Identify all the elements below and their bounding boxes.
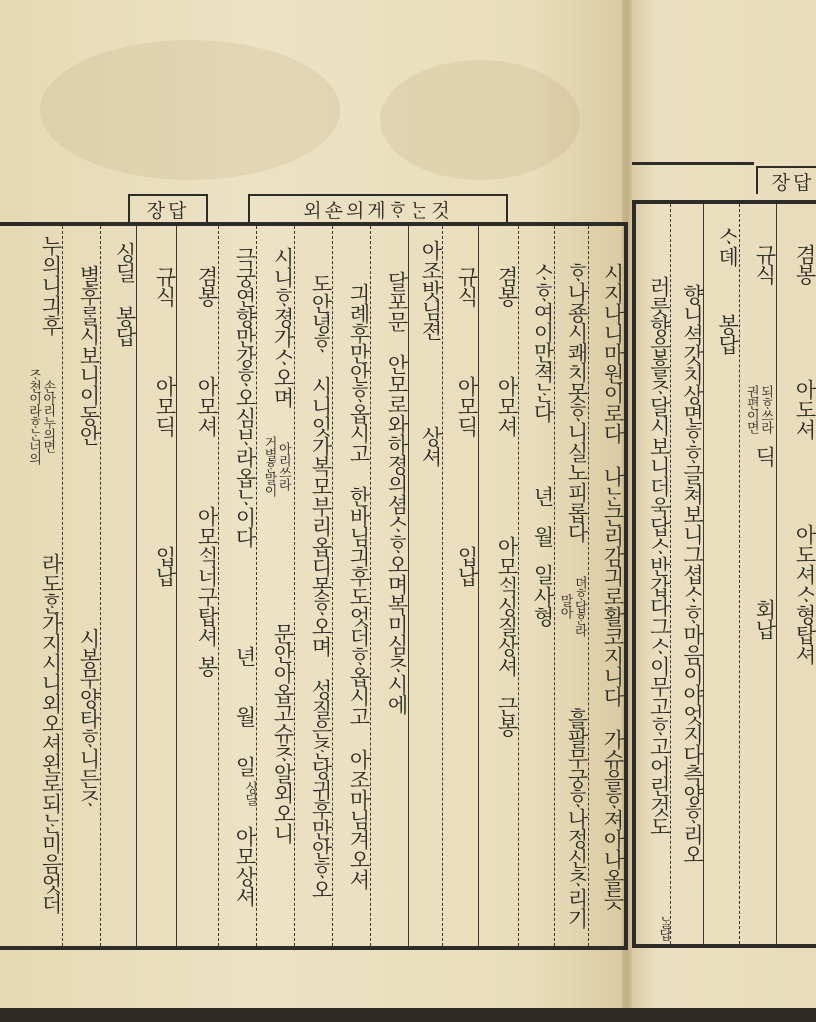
column-text: 아도셔 [777,379,816,439]
top-rule [632,162,754,165]
text-column-7: 달포문 안모로와하졍의셤ᄉᆞᄒᆞ오며복미심ᄎᆞ시에 [370,226,408,946]
column-text: 상셔 [409,426,442,466]
text-column-8: 긔례후만안ᄒᆞ옵시고 한바님긔후도엇더ᄒᆞ옵시고 아조마님겨오셔 [332,226,370,946]
column-text: 회납 [740,599,776,639]
column-text: 향니셕갓치상면ᄒᆞᄒᆞ글쳐보니그셥ᄉᆞᄒᆞ마음이야엇지다측양ᄒᆞ리오 [671,208,703,940]
left-text-frame: 시지나니마원이로다 나ᄂᆞᆫ근리감긔로활코지니다 가슈을ᄒᆞ져아나올듯 ᄒᆞ나죵… [0,222,628,950]
right-column-3: ᄉᆞ뎨 봉답 [704,204,739,944]
section-title-label: 외숀의게ᄒᆞᄂᆞᆫ것 [248,194,508,222]
date-year: 년 [219,646,256,666]
column-text: 규식 [740,244,776,284]
text-column-6: 아조밧님젼 상셔 [408,226,442,946]
column-text: 흘팔무궁ᄒᆞ나정신ᄎᆞ리기 [555,696,588,940]
text-column-15: 별후ᄅᆞᆯ시보니이동안 시봉무양타ᄒᆞ니든ᄌᆞ [62,226,100,946]
column-text: 러릇향읍흘ᄎᆞ달시보니더욱답ᄉᆞ반갑다그ᄉᆞ이무고ᄒᆞ고어린것도 [636,208,670,904]
text-column-9: 도안녕ᄒᆞ 시니잇가복모부리옵디못ᄒᆞ오며 성질은ᄌᆞᆫ당귀후만안ᄒᆞ오 [294,226,332,946]
column-text: 시봉무양타ᄒᆞ니든ᄌᆞ [63,496,100,940]
column-text: 봉 [177,656,218,676]
sender: 아모상셔 [219,826,256,906]
annotation-text: ᄌᆞ쳔이라ᄒᆞᄂᆞᆫ너의 [26,368,40,464]
column-text: 시지나니마원이로다 나ᄂᆞᆫ근리감긔로활코지니다 가슈을ᄒᆞ져아나올듯 [589,232,624,940]
text-column-13: 규식 아모딕 입납 [136,226,176,946]
text-column-16: 누의니긔후 ᄌᆞ쳔이라ᄒᆞᄂᆞᆫ너의 손아리누의면 라도ᄒᆞᆫ가지시니외오셔왼로… [18,226,62,946]
text-column-11: 극궁연향만강ᄒᆞ오심ᄇᆞ라옵ᄂᆞ이다 년 월 일 싱딜 아모상셔 [218,226,256,946]
column-text: 아모셔 [177,376,218,436]
date-day: 일 [519,564,554,584]
column-text: 봉답 [704,314,738,354]
right-text-frame: 러릇향읍흘ᄎᆞ달시보니더욱답ᄉᆞ반갑다그ᄉᆞ이무고ᄒᆞ고어린것도 ᄂᆞᆯ답 향니… [632,200,816,948]
text-column-4: 겸봉 아모셔 아모ᄉᆡᆨ싱질상셔 근봉 [478,226,518,946]
column-text: 극궁연향만강ᄒᆞ오심ᄇᆞ라옵ᄂᆞ이다 [219,232,256,562]
section-tag-label: 장답 [128,194,208,222]
column-text: 아도셔ᄉᆞ형탑셔 [777,524,816,664]
right-columns: 러릇향읍흘ᄎᆞ달시보니더욱답ᄉᆞ반갑다그ᄉᆞ이무고ᄒᆞ고어린것도 ᄂᆞᆯ답 향니… [636,204,816,944]
right-column-2: 향니셕갓치상면ᄒᆞᄒᆞ글쳐보니그셥ᄉᆞᄒᆞ마음이야엇지다측양ᄒᆞ리오 [671,204,704,944]
column-text: ᄉᆞ뎨 [704,226,738,266]
text-column-10: 시니ᄒᆞ졍가ᄉᆞ오며 거별ᄒᆞᆫ말이 아리쓰라 문안아옵고슈ᄎᆞ알외오니 [256,226,294,946]
column-text: 입납 [443,546,478,586]
annotation-text: 말아 [557,594,571,618]
column-text: ᄒᆞ나죵시쾌치못ᄒᆞ니실노피롭다 [555,232,588,572]
annotation-text: 아리쓰라 [276,442,290,490]
annotation-text: 권편이면 [743,385,757,433]
column-text: 별후ᄅᆞᆯ시보니이동안 [63,230,100,480]
column-text: 겸봉 [177,266,218,306]
right-section-tag-label: 장답 [756,166,816,194]
column-text: 누의니긔후 [18,230,62,340]
sender: 사형 [519,586,554,626]
column-text: 시니ᄒᆞ졍가ᄉᆞ오며 [257,232,294,422]
column-text: 긔례후만안ᄒᆞ옵시고 한바님긔후도엇더ᄒᆞ옵시고 아조마님겨오셔 [333,232,370,940]
date-month: 월 [519,526,554,546]
right-column-5: 겸봉 아도셔 아도셔ᄉᆞ형탑셔 [777,204,816,944]
annotation-text: 뎌ᄒᆞ답ᄒᆞᆫ라 [572,576,586,636]
column-text: 아모ᄉᆡᆨ싱질상셔 [479,536,518,676]
annotation-text: 거별ᄒᆞᆫ말이 [261,436,275,496]
column-text: 문안아옵고슈ᄎᆞ알외오니 [257,526,294,940]
text-column-12: 겸봉 아모셔 아모ᄉᆡᆨ너구탑셔 봉 [176,226,218,946]
column-text: 봉답 [101,306,136,346]
column-text: 입납 [137,546,176,586]
column-text: ᄂᆞᆯ답 [636,916,670,940]
annotation-pair: 말아 뎌ᄒᆞ답ᄒᆞᆫ라 [555,576,588,636]
text-column-3: ᄉᆞᄒᆞ여이만젹ᄂᆞᆫ다 년 월 일 사형 [518,226,554,946]
date-month: 월 [219,706,256,726]
column-text: 딕 [740,446,776,466]
paper-stain [40,40,340,180]
column-text: 규식 [137,266,176,306]
column-text: 규식 [443,266,478,306]
column-text: 도안녕ᄒᆞ 시니잇가복모부리옵디못ᄒᆞ오며 성질은ᄌᆞᆫ당귀후만안ᄒᆞ오 [295,232,332,940]
column-text: 근봉 [479,696,518,736]
left-columns: 시지나니마원이로다 나ᄂᆞᆫ근리감긔로활코지니다 가슈을ᄒᆞ져아나올듯 ᄒᆞ나죵… [0,226,624,946]
right-column-4: 규식 권편이면 되ᄒᆞ쓰라 딕 회납 [740,204,777,944]
column-text: ᄉᆞᄒᆞ여이만젹ᄂᆞᆫ다 [519,232,554,452]
date-day: 일 [219,756,256,776]
relation-label: 싱딜 [219,781,256,805]
column-text: 달포문 안모로와하졍의셤ᄉᆞᄒᆞ오며복미심ᄎᆞ시에 [371,232,408,752]
column-text: 겸봉 [479,266,518,306]
text-column-14: 싱딜 봉답 [100,226,136,946]
column-text: 아모셔 [479,376,518,436]
annotation-text: 되ᄒᆞ쓰라 [758,385,772,433]
column-text: 겸봉 [777,244,816,284]
annotation-text: 손아리누의면 [40,380,54,452]
column-text: 아모딕 [443,376,478,436]
text-column-1: 시지나니마원이로다 나ᄂᆞᆫ근리감긔로활코지니다 가슈을ᄒᆞ져아나올듯 [588,226,624,946]
annotation-pair: 거별ᄒᆞᆫ말이 아리쓰라 [257,426,294,506]
column-text: 아조밧님젼 [409,240,442,340]
right-column-1: 러릇향읍흘ᄎᆞ달시보니더욱답ᄉᆞ반갑다그ᄉᆞ이무고ᄒᆞ고어린것도 ᄂᆞᆯ답 [636,204,671,944]
column-text: 아모ᄉᆡᆨ너구탑셔 [177,506,218,646]
column-text: 아모딕 [137,376,176,436]
date-year: 년 [519,486,554,506]
column-text: 싱딜 [101,242,136,282]
page-bottom-edge [0,1008,816,1022]
annotation-pair: ᄌᆞ쳔이라ᄒᆞᄂᆞᆫ너의 손아리누의면 [18,341,62,491]
column-text: 라도ᄒᆞᆫ가지시니외오셔왼로되ᄂᆞᆫ미음엇더 [18,526,62,940]
text-column-5: 규식 아모딕 입납 [442,226,478,946]
paper-stain [380,60,580,180]
annotation-pair: 권편이면 되ᄒᆞ쓰라 [740,379,776,439]
text-column-2: ᄒᆞ나죵시쾌치못ᄒᆞ니실노피롭다 말아 뎌ᄒᆞ답ᄒᆞᆫ라 흘팔무궁ᄒᆞ나정신ᄎᆞ… [554,226,588,946]
